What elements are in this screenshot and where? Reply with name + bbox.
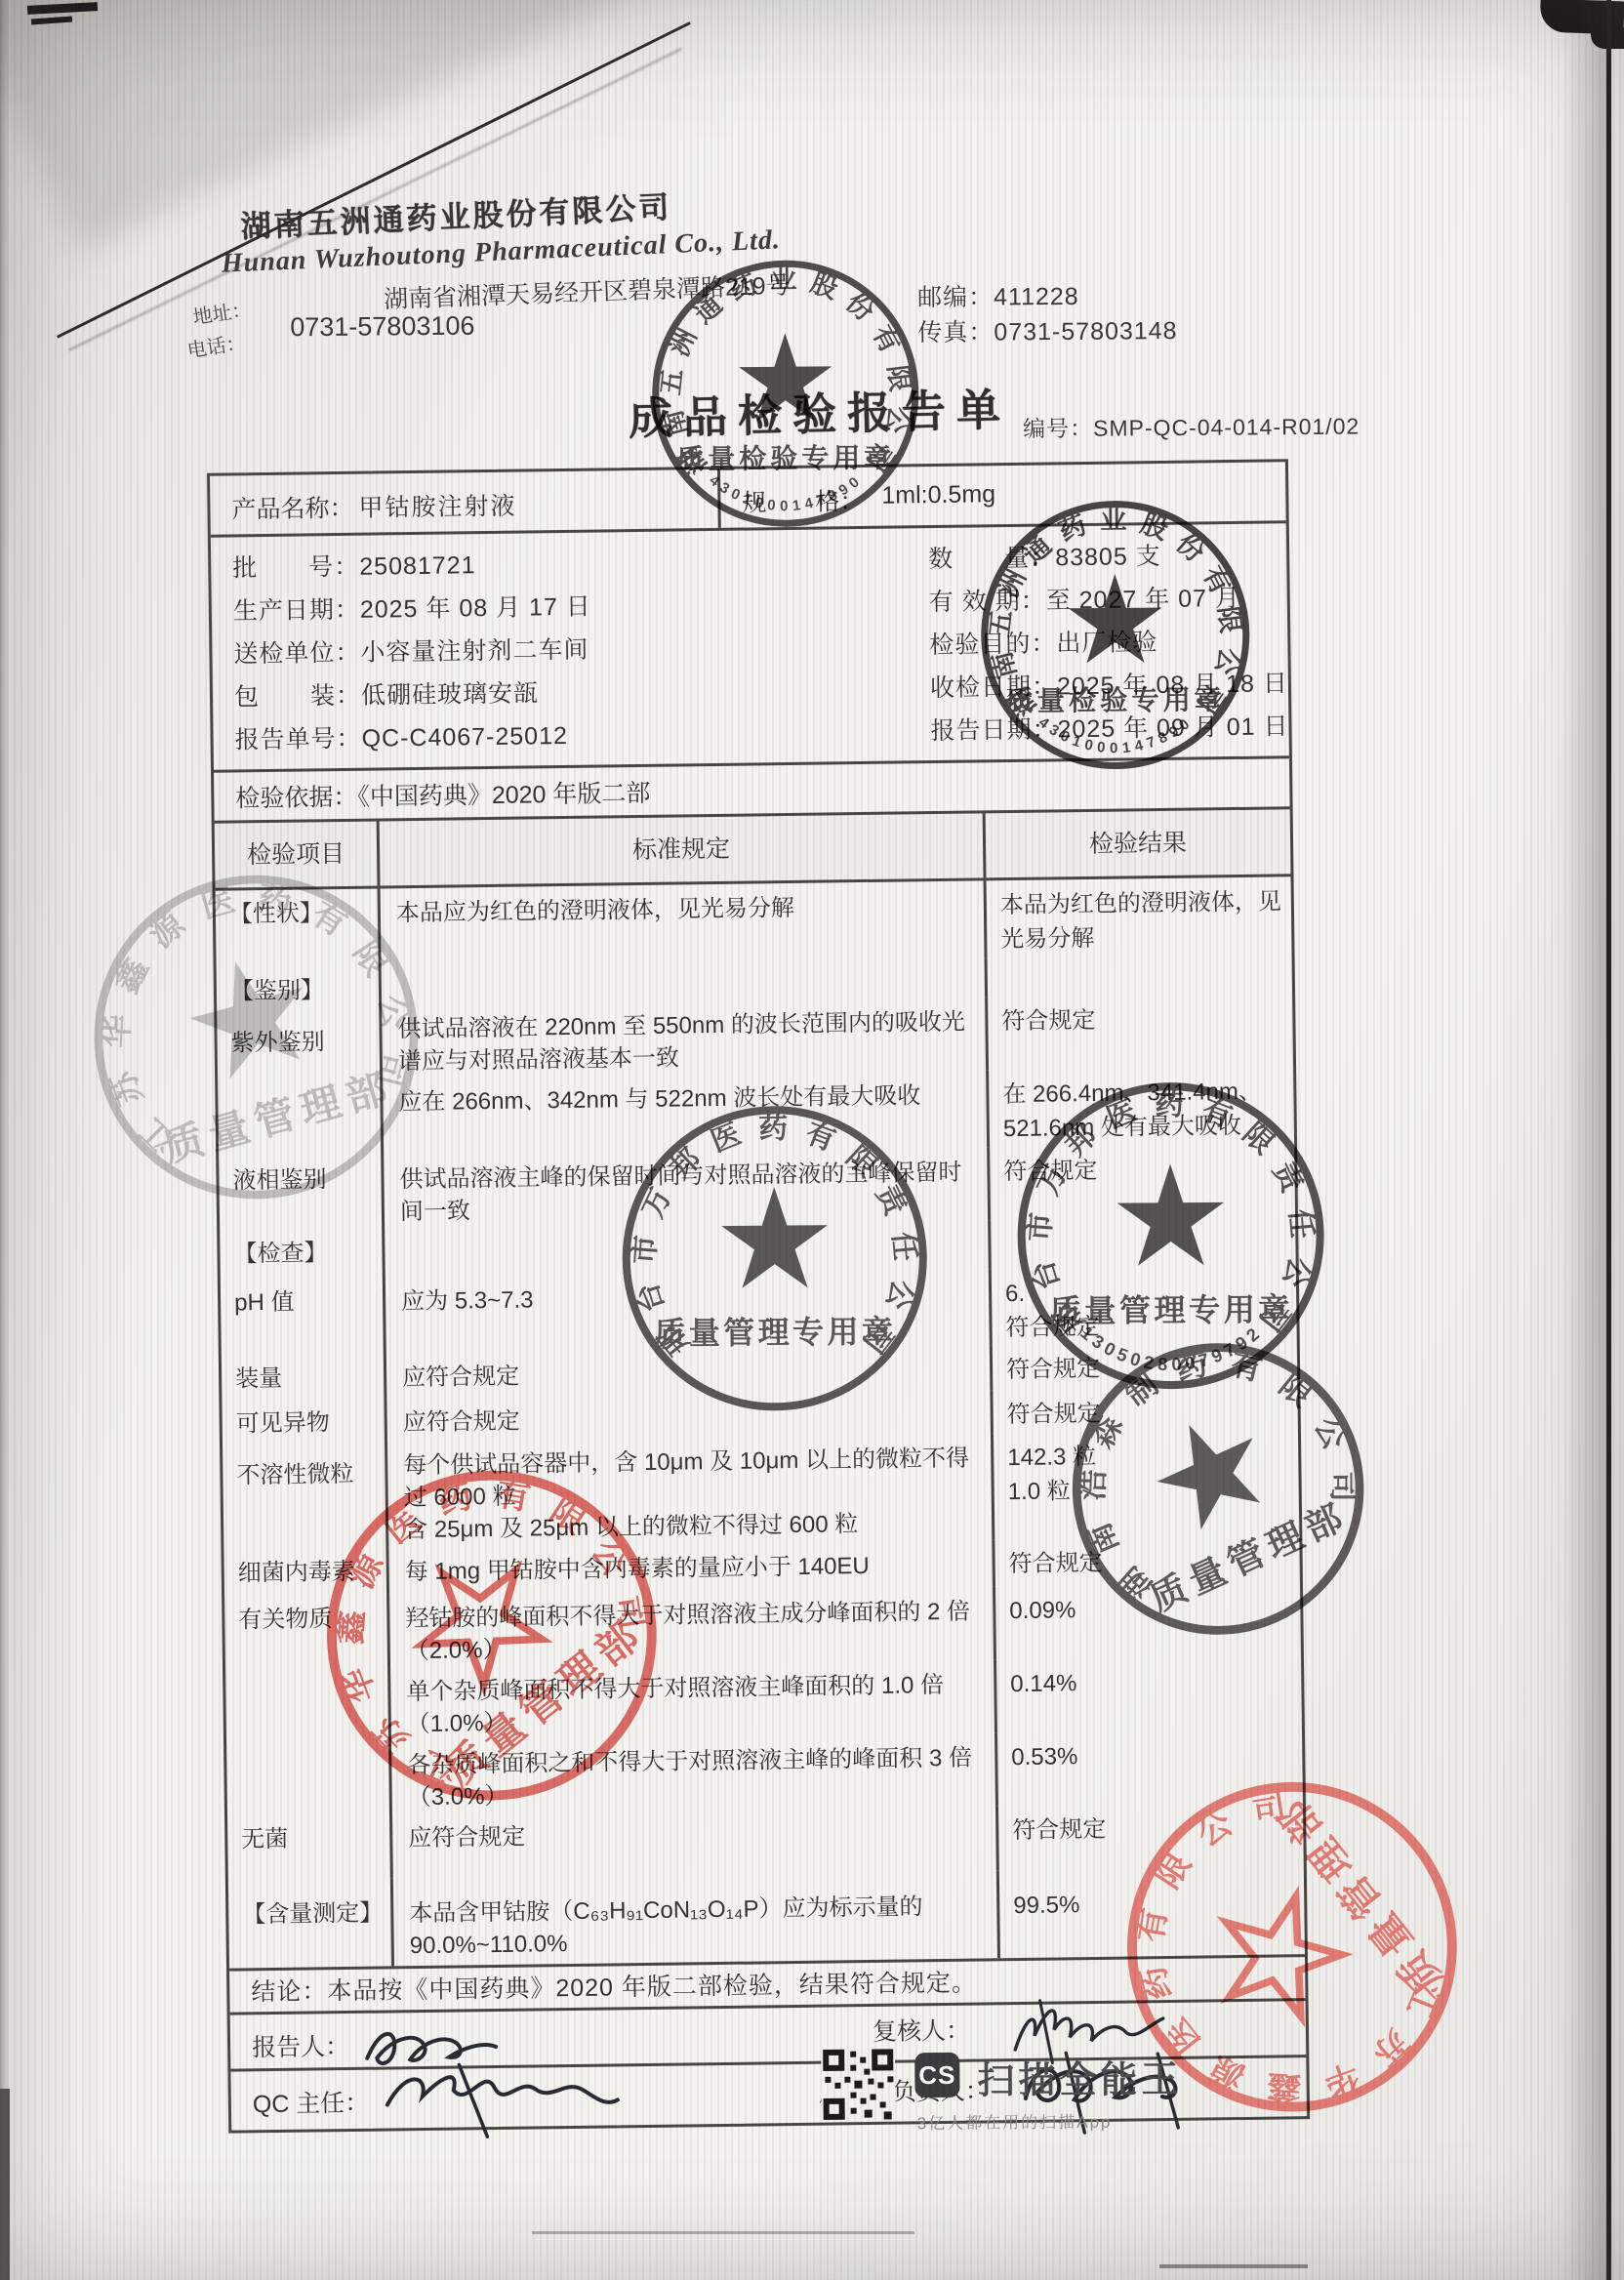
dept-label: 送检单位： [233, 639, 360, 669]
scan-line-artifact [1159, 2264, 1308, 2268]
result-cell: 在 266.4nm、341.4nm、521.6nm 处有最大吸收 [989, 1066, 1294, 1147]
item-cell: 有关物质 [224, 1594, 387, 1669]
result-cell: 符合规定 [993, 1387, 1298, 1434]
batch-value: 25081721 [359, 551, 476, 581]
result-cell: 6. 符合规定 [992, 1265, 1297, 1346]
item-cell: 【含量测定】 [228, 1879, 391, 1969]
received-line: 收检日期：2025 年 08 月 18 日 [930, 662, 1289, 710]
qr-code [821, 2047, 896, 2122]
report-date-label: 报告日期： [930, 715, 1057, 745]
address-value: 湖南省湘潭天易经开区碧泉潭路219号 [383, 265, 791, 315]
header-item: 检验项目 [215, 822, 378, 888]
scan-edge [0, 0, 9, 2280]
received-value: 2025 年 08 月 18 日 [1057, 670, 1288, 700]
scan-edge-shadow [1562, 0, 1606, 2280]
scan-edge [1606, 0, 1611, 2280]
purpose-label: 检验目的： [929, 630, 1056, 659]
table-row: 有关物质羟钴胺的峰面积不得大于对照溶液主成分峰面积的 2 倍（2.0%）0.09… [224, 1582, 1301, 1670]
address-label: 地址： [190, 293, 253, 330]
item-cell [225, 1667, 388, 1742]
expiry-line: 有 效 期：至 2027 年 07 月 [929, 576, 1288, 624]
item-cell: 【鉴别】 [217, 965, 380, 1006]
table-row: 不溶性微粒每个供试品容器中，含 10μm 及 10μm 以上的微粒不得过 600… [223, 1429, 1299, 1549]
info-grid: 批 号：25081721 生产日期：2025 年 08 月 17 日 送检单位：… [211, 523, 1289, 769]
table-row: 各杂质峰面积之和不得大于对照溶液主峰的峰面积 3 倍（3.0%）0.53% [226, 1729, 1303, 1816]
item-cell: 无菌 [227, 1814, 390, 1881]
item-cell: 可见异物 [222, 1399, 385, 1444]
basis-value: 《中国药典》2020 年版二部 [357, 780, 650, 811]
item-cell: 不溶性微粒 [223, 1442, 386, 1549]
quantity-label: 数 量： [928, 544, 1055, 573]
fax-line: 传真：0731-57803148 [917, 311, 1177, 348]
item-cell: 【检查】 [220, 1228, 383, 1279]
expiry-label: 有 效 期： [929, 588, 1046, 617]
spec-value: 1ml:0.5mg [881, 480, 995, 510]
spec-cell: 本品应为红色的澄明液体，见光易分解 [378, 880, 988, 965]
dept-value: 小容量注射剂二车间 [360, 636, 589, 667]
batch-label: 批 号： [232, 553, 359, 583]
purpose-line: 检验目的：出厂检验 [929, 619, 1288, 667]
quantity-value: 83805 支 [1055, 543, 1161, 571]
header-result: 检验结果 [986, 809, 1291, 877]
phone-label: 电话： [185, 327, 248, 364]
item-cell: 装量 [222, 1354, 385, 1401]
zip-label: 邮编： [917, 284, 994, 312]
page-title: 成品检验报告单 [628, 374, 1012, 447]
item-cell [226, 1740, 389, 1815]
spec-table: 检验项目 标准规定 检验结果 【性状】本品应为红色的澄明液体，见光易分解本品为红… [215, 809, 1305, 1972]
report-no-label: 报告单号： [234, 725, 361, 754]
scanned-document: 湖南五洲通药业股份有限公司 Hunan Wuzhoutong Pharmaceu… [0, 0, 1624, 2280]
result-cell: 符合规定 [993, 1342, 1298, 1391]
spec-cell: 应符合规定 [384, 1346, 994, 1399]
result-cell: 符合规定 [995, 1535, 1300, 1586]
result-cell: 符合规定 [998, 1802, 1304, 1870]
camscanner-tagline: 3亿人都在用的扫描App [917, 2108, 1113, 2135]
scan-line-artifact [532, 2231, 914, 2234]
mfg-value: 2025 年 08 月 17 日 [360, 593, 591, 624]
spec-cell: 每 1mg 甲钴胺中含内毒素的量应小于 140EU [386, 1539, 995, 1594]
product-label: 产品名称： [231, 489, 353, 526]
header-standard: 标准规定 [377, 813, 987, 885]
table-row: pH 值应为 5.3~7.36. 符合规定 [221, 1265, 1297, 1356]
spec-cell: 应为 5.3~7.3 [383, 1269, 993, 1354]
result-cell [988, 954, 1292, 997]
expiry-value: 至 2027 年 07 月 [1046, 585, 1241, 615]
table-row: 【性状】本品应为红色的澄明液体，见光易分解本品为红色的澄明液体，见光易分解 [216, 876, 1292, 967]
quantity-line: 数 量：83805 支 [928, 533, 1287, 581]
spec-cell: 供试品溶液主峰的保留时间与对照品溶液的主峰保留时间一致 [381, 1147, 991, 1228]
fax-label: 传真： [917, 319, 994, 347]
scan-edge [0, 2089, 10, 2280]
product-value: 甲钴胺注射液 [358, 487, 516, 524]
report-table: 产品名称： 甲钴胺注射液 规 格： 1ml:0.5mg 批 号：25081721… [207, 459, 1310, 2134]
doc-number: 编号：SMP-QC-04-014-R01/02 [1023, 409, 1360, 444]
result-cell: 99.5% [999, 1866, 1305, 1958]
table-row: 紫外鉴别供试品溶液在 220nm 至 550nm 的波长范围内的吸收光谱应与对照… [217, 993, 1293, 1080]
purpose-value: 出厂检验 [1056, 629, 1157, 657]
result-cell: 0.09% [995, 1582, 1301, 1659]
spec-cell: 应符合规定 [389, 1806, 999, 1878]
table-row: 【含量测定】本品含甲钴胺（C₆₃H₉₁CoN₁₃O₁₄P）应为标示量的 90.0… [228, 1866, 1305, 1968]
spec-cell: 供试品溶液在 220nm 至 550nm 的波长范围内的吸收光谱应与对照品溶液基… [379, 997, 989, 1078]
item-cell: pH 值 [221, 1277, 384, 1356]
spec-cell: 本品含甲钴胺（C₆₃H₉₁CoN₁₃O₁₄P）应为标示量的 90.0%~110.… [390, 1870, 1000, 1966]
spec-cell: 单个杂质峰面积不得大于对照溶液主峰面积的 1.0 倍（1.0%） [387, 1659, 997, 1740]
camscanner-app-name: 扫描全能王 [977, 2049, 1182, 2104]
result-cell: 0.53% [997, 1729, 1303, 1806]
camscanner-logo-icon: CS [914, 2053, 959, 2097]
doc-number-value: SMP-QC-04-014-R01/02 [1093, 414, 1360, 441]
spec-cell [382, 1220, 992, 1277]
table-row: 液相鉴别供试品溶液主峰的保留时间与对照品溶液的主峰保留时间一致符合规定 [219, 1143, 1295, 1231]
report-no-value: QC-C4067-25012 [361, 722, 568, 753]
spec-cell: 应在 266nm、342nm 与 522nm 波长处有最大吸收 [380, 1070, 990, 1155]
result-cell: 符合规定 [988, 993, 1293, 1070]
package-label: 包 装： [234, 682, 361, 712]
report-date-value: 2025 年 09 月 01 日 [1057, 712, 1288, 743]
spec-cell: 各杂质峰面积之和不得大于对照溶液主峰的峰面积 3 倍（3.0%） [388, 1732, 998, 1813]
item-cell: 【性状】 [216, 889, 379, 968]
info-right-column: 数 量：83805 支 有 效 期：至 2027 年 07 月 检验目的：出厂检… [928, 533, 1289, 753]
report-no-line: 报告单号：QC-C4067-25012 [213, 710, 931, 762]
table-row: 单个杂质峰面积不得大于对照溶液主峰面积的 1.0 倍（1.0%）0.14% [225, 1655, 1302, 1743]
result-cell [991, 1216, 1296, 1269]
report-date-line: 报告日期：2025 年 09 月 01 日 [930, 705, 1289, 753]
reporter-label: 报告人： [252, 2027, 349, 2063]
basis-label: 检验依据： [235, 784, 357, 813]
zip-value: 411228 [994, 283, 1079, 311]
doc-number-label: 编号： [1023, 416, 1093, 442]
info-section: 产品名称： 甲钴胺注射液 规 格： 1ml:0.5mg 批 号：25081721… [210, 462, 1289, 769]
item-cell: 液相鉴别 [219, 1155, 382, 1230]
spec-label: 规 格： [742, 482, 864, 519]
phone-value: 0731-57803106 [290, 311, 474, 343]
item-cell [218, 1079, 381, 1158]
received-label: 收检日期： [930, 672, 1057, 702]
package-value: 低硼硅玻璃安瓿 [361, 679, 539, 709]
result-cell: 142.3 粒 1.0 粒 [994, 1429, 1299, 1538]
zip-line: 邮编：411228 [917, 277, 1079, 313]
table-row: 应在 266nm、342nm 与 522nm 波长处有最大吸收在 266.4nm… [218, 1066, 1294, 1157]
result-cell: 符合规定 [990, 1143, 1295, 1220]
qc-director-label: QC 主任： [253, 2084, 370, 2121]
result-cell: 0.14% [996, 1655, 1302, 1732]
divider [717, 469, 721, 528]
spec-cell: 羟钴胺的峰面积不得大于对照溶液主成分峰面积的 2 倍（2.0%） [386, 1586, 996, 1667]
item-cell: 细菌内毒素 [223, 1547, 386, 1596]
result-cell: 本品为红色的澄明液体，见光易分解 [987, 876, 1292, 957]
mfg-label: 生产日期： [233, 596, 360, 626]
fax-value: 0731-57803148 [994, 317, 1177, 346]
spec-cell: 每个供试品容器中，含 10μm 及 10μm 以上的微粒不得过 6000 粒 含… [385, 1434, 995, 1547]
reviewer-label: 复核人： [873, 2012, 970, 2048]
item-cell: 紫外鉴别 [217, 1004, 380, 1079]
qc-director-signature [377, 2051, 670, 2152]
info-left-column: 批 号：25081721 生产日期：2025 年 08 月 17 日 送检单位：… [211, 538, 931, 762]
